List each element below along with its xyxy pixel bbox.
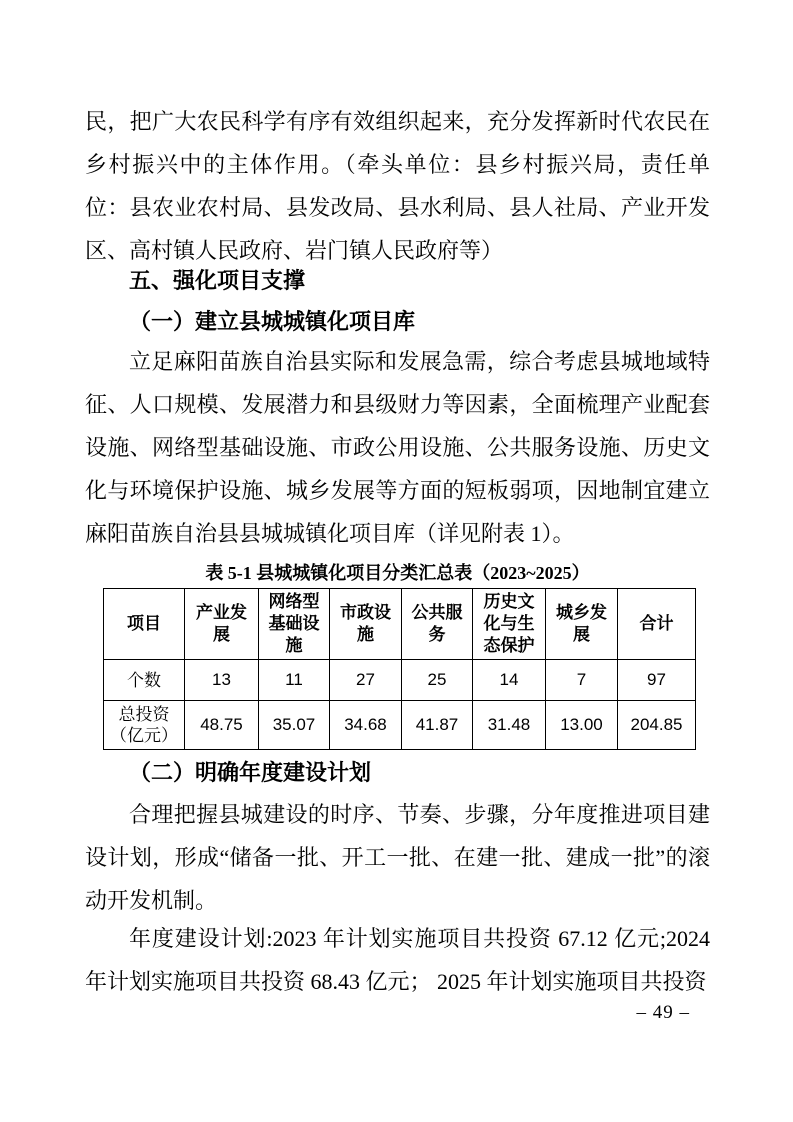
summary-table: 项目 产业发展 网络型基础设施 市政设施 公共服务 历史文化与生态保护 城乡发展… — [103, 588, 696, 750]
invest-urban-rural: 13.00 — [546, 701, 618, 750]
count-history-ecology: 14 — [473, 660, 546, 701]
header-cell-network-infra: 网络型基础设施 — [259, 589, 330, 660]
count-urban-rural: 7 — [546, 660, 618, 701]
invest-network-infra: 35.07 — [259, 701, 330, 750]
row-label-investment-line1: 总投资 — [107, 704, 181, 725]
header-cell-municipal: 市政设施 — [330, 589, 402, 660]
count-industry: 13 — [185, 660, 259, 701]
row-label-investment-line2: （亿元） — [107, 725, 181, 746]
row-label-investment: 总投资 （亿元） — [104, 701, 185, 750]
header-cell-public-service: 公共服务 — [402, 589, 473, 660]
count-total: 97 — [618, 660, 696, 701]
count-public-service: 25 — [402, 660, 473, 701]
page-content: 民，把广大农民科学有序有效组织起来，充分发挥新时代农民在乡村振兴中的主体作用。（… — [0, 0, 793, 1003]
header-cell-urban-rural: 城乡发展 — [546, 589, 618, 660]
paragraph-continuation: 民，把广大农民科学有序有效组织起来，充分发挥新时代农民在乡村振兴中的主体作用。（… — [85, 100, 710, 272]
invest-total: 204.85 — [618, 701, 696, 750]
invest-municipal: 34.68 — [330, 701, 402, 750]
page-number: – 49 – — [637, 1002, 691, 1024]
header-cell-history-ecology: 历史文化与生态保护 — [473, 589, 546, 660]
paragraph-project-library: 立足麻阳苗族自治县实际和发展急需，综合考虑县城地域特征、人口规模、发展潜力和县级… — [85, 340, 710, 555]
document-page: 民，把广大农民科学有序有效组织起来，充分发挥新时代农民在乡村振兴中的主体作用。（… — [0, 0, 793, 1122]
invest-public-service: 41.87 — [402, 701, 473, 750]
header-cell-total: 合计 — [618, 589, 696, 660]
invest-history-ecology: 31.48 — [473, 701, 546, 750]
subsection-heading-2: （二）明确年度建设计划 — [85, 752, 710, 793]
subsection-heading-1: （一）建立县城城镇化项目库 — [85, 301, 710, 342]
header-cell-industry: 产业发展 — [185, 589, 259, 660]
table-row-count: 个数 13 11 27 25 14 7 97 — [104, 660, 696, 701]
invest-industry: 48.75 — [185, 701, 259, 750]
table-header-row: 项目 产业发展 网络型基础设施 市政设施 公共服务 历史文化与生态保护 城乡发展… — [104, 589, 696, 660]
table-row-investment: 总投资 （亿元） 48.75 35.07 34.68 41.87 31.48 1… — [104, 701, 696, 750]
header-cell-project: 项目 — [104, 589, 185, 660]
paragraph-annual-investment: 年度建设计划:2023 年计划实施项目共投资 67.12 亿元;2024 年计划… — [85, 917, 710, 1003]
row-label-count: 个数 — [104, 660, 185, 701]
count-municipal: 27 — [330, 660, 402, 701]
paragraph-annual-plan: 合理把握县城建设的时序、节奏、步骤，分年度推进项目建设计划，形成“储备一批、开工… — [85, 793, 710, 922]
table-caption: 表 5-1 县城城镇化项目分类汇总表（2023~2025） — [85, 559, 710, 587]
count-network-infra: 11 — [259, 660, 330, 701]
